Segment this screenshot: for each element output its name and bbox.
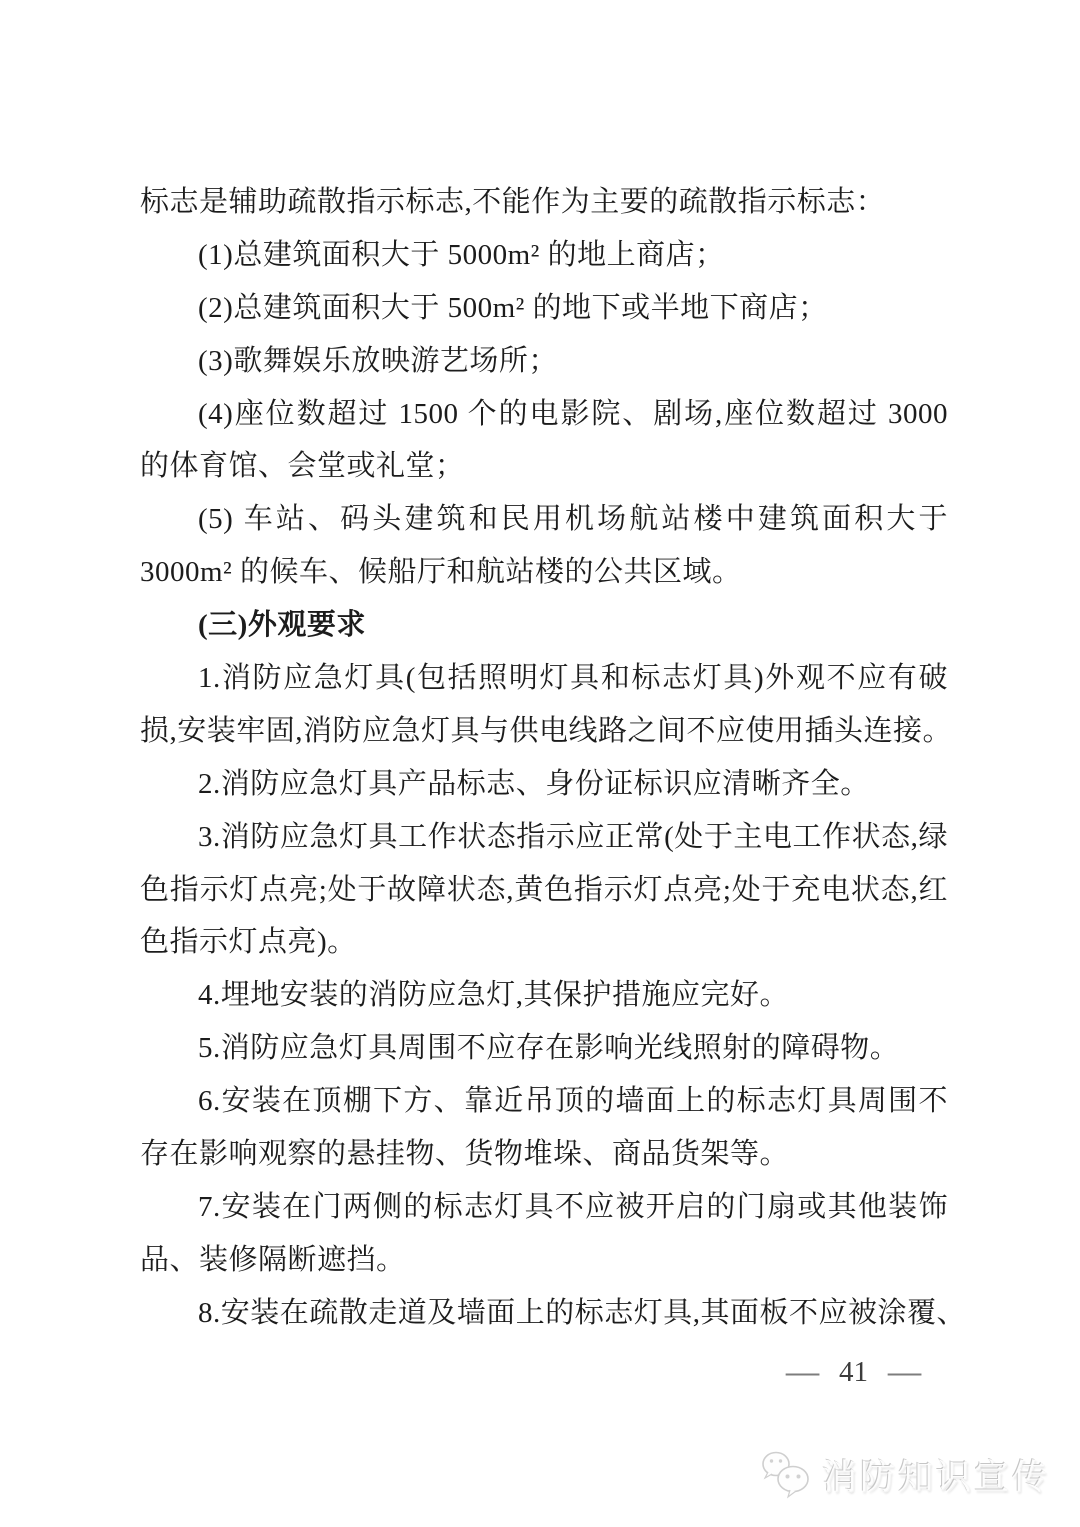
wechat-icon bbox=[760, 1450, 812, 1500]
watermark: 消防知识宣传 bbox=[760, 1450, 1050, 1500]
text-line: 2.消防应急灯具产品标志、身份证标识应清晰齐全。 bbox=[140, 758, 948, 811]
text-line: 1.消防应急灯具(包括照明灯具和标志灯具)外观不应有破 bbox=[140, 652, 948, 705]
text-line: 品、装修隔断遮挡。 bbox=[140, 1234, 948, 1287]
text-line: 4.埋地安装的消防应急灯,其保护措施应完好。 bbox=[140, 969, 948, 1022]
text-line: 色指示灯点亮;处于故障状态,黄色指示灯点亮;处于充电状态,红 bbox=[140, 864, 948, 917]
text-line: (1)总建筑面积大于 5000m² 的地上商店； bbox=[140, 229, 948, 282]
text-line: 的体育馆、会堂或礼堂； bbox=[140, 440, 948, 493]
text-line: 8.安装在疏散走道及墙面上的标志灯具,其面板不应被涂覆、 bbox=[140, 1287, 948, 1340]
text-line: 7.安装在门两侧的标志灯具不应被开启的门扇或其他装饰物 bbox=[140, 1181, 948, 1234]
page-number-dash-left: — bbox=[786, 1352, 819, 1392]
watermark-label: 消防知识宣传 bbox=[822, 1450, 1050, 1500]
page-number-dash-right: — bbox=[888, 1352, 921, 1392]
text-line: (5) 车站、码头建筑和民用机场航站楼中建筑面积大于 bbox=[140, 493, 948, 546]
text-line: 5.消防应急灯具周围不应存在影响光线照射的障碍物。 bbox=[140, 1022, 948, 1075]
text-line: 3.消防应急灯具工作状态指示应正常(处于主电工作状态,绿 bbox=[140, 811, 948, 864]
text-line: (三)外观要求 bbox=[140, 599, 948, 652]
document-body: 标志是辅助疏散指示标志,不能作为主要的疏散指示标志：(1)总建筑面积大于 500… bbox=[140, 176, 948, 1340]
text-line: 存在影响观察的悬挂物、货物堆垛、商品货架等。 bbox=[140, 1128, 948, 1181]
text-line: (2)总建筑面积大于 500m² 的地下或半地下商店； bbox=[140, 282, 948, 335]
text-line: 色指示灯点亮)。 bbox=[140, 916, 948, 969]
page-number-value: 41 bbox=[839, 1352, 868, 1392]
text-line: (4)座位数超过 1500 个的电影院、剧场,座位数超过 3000 个 bbox=[140, 388, 948, 441]
text-line: 6.安装在顶棚下方、靠近吊顶的墙面上的标志灯具周围不应 bbox=[140, 1075, 948, 1128]
document-page: 标志是辅助疏散指示标志,不能作为主要的疏散指示标志：(1)总建筑面积大于 500… bbox=[0, 0, 1080, 1527]
text-line: (3)歌舞娱乐放映游艺场所； bbox=[140, 335, 948, 388]
page-number: — 41 — bbox=[788, 1352, 919, 1392]
text-line: 标志是辅助疏散指示标志,不能作为主要的疏散指示标志： bbox=[140, 176, 948, 229]
text-line: 3000m² 的候车、候船厅和航站楼的公共区域。 bbox=[140, 546, 948, 599]
text-line: 损,安装牢固,消防应急灯具与供电线路之间不应使用插头连接。 bbox=[140, 705, 948, 758]
